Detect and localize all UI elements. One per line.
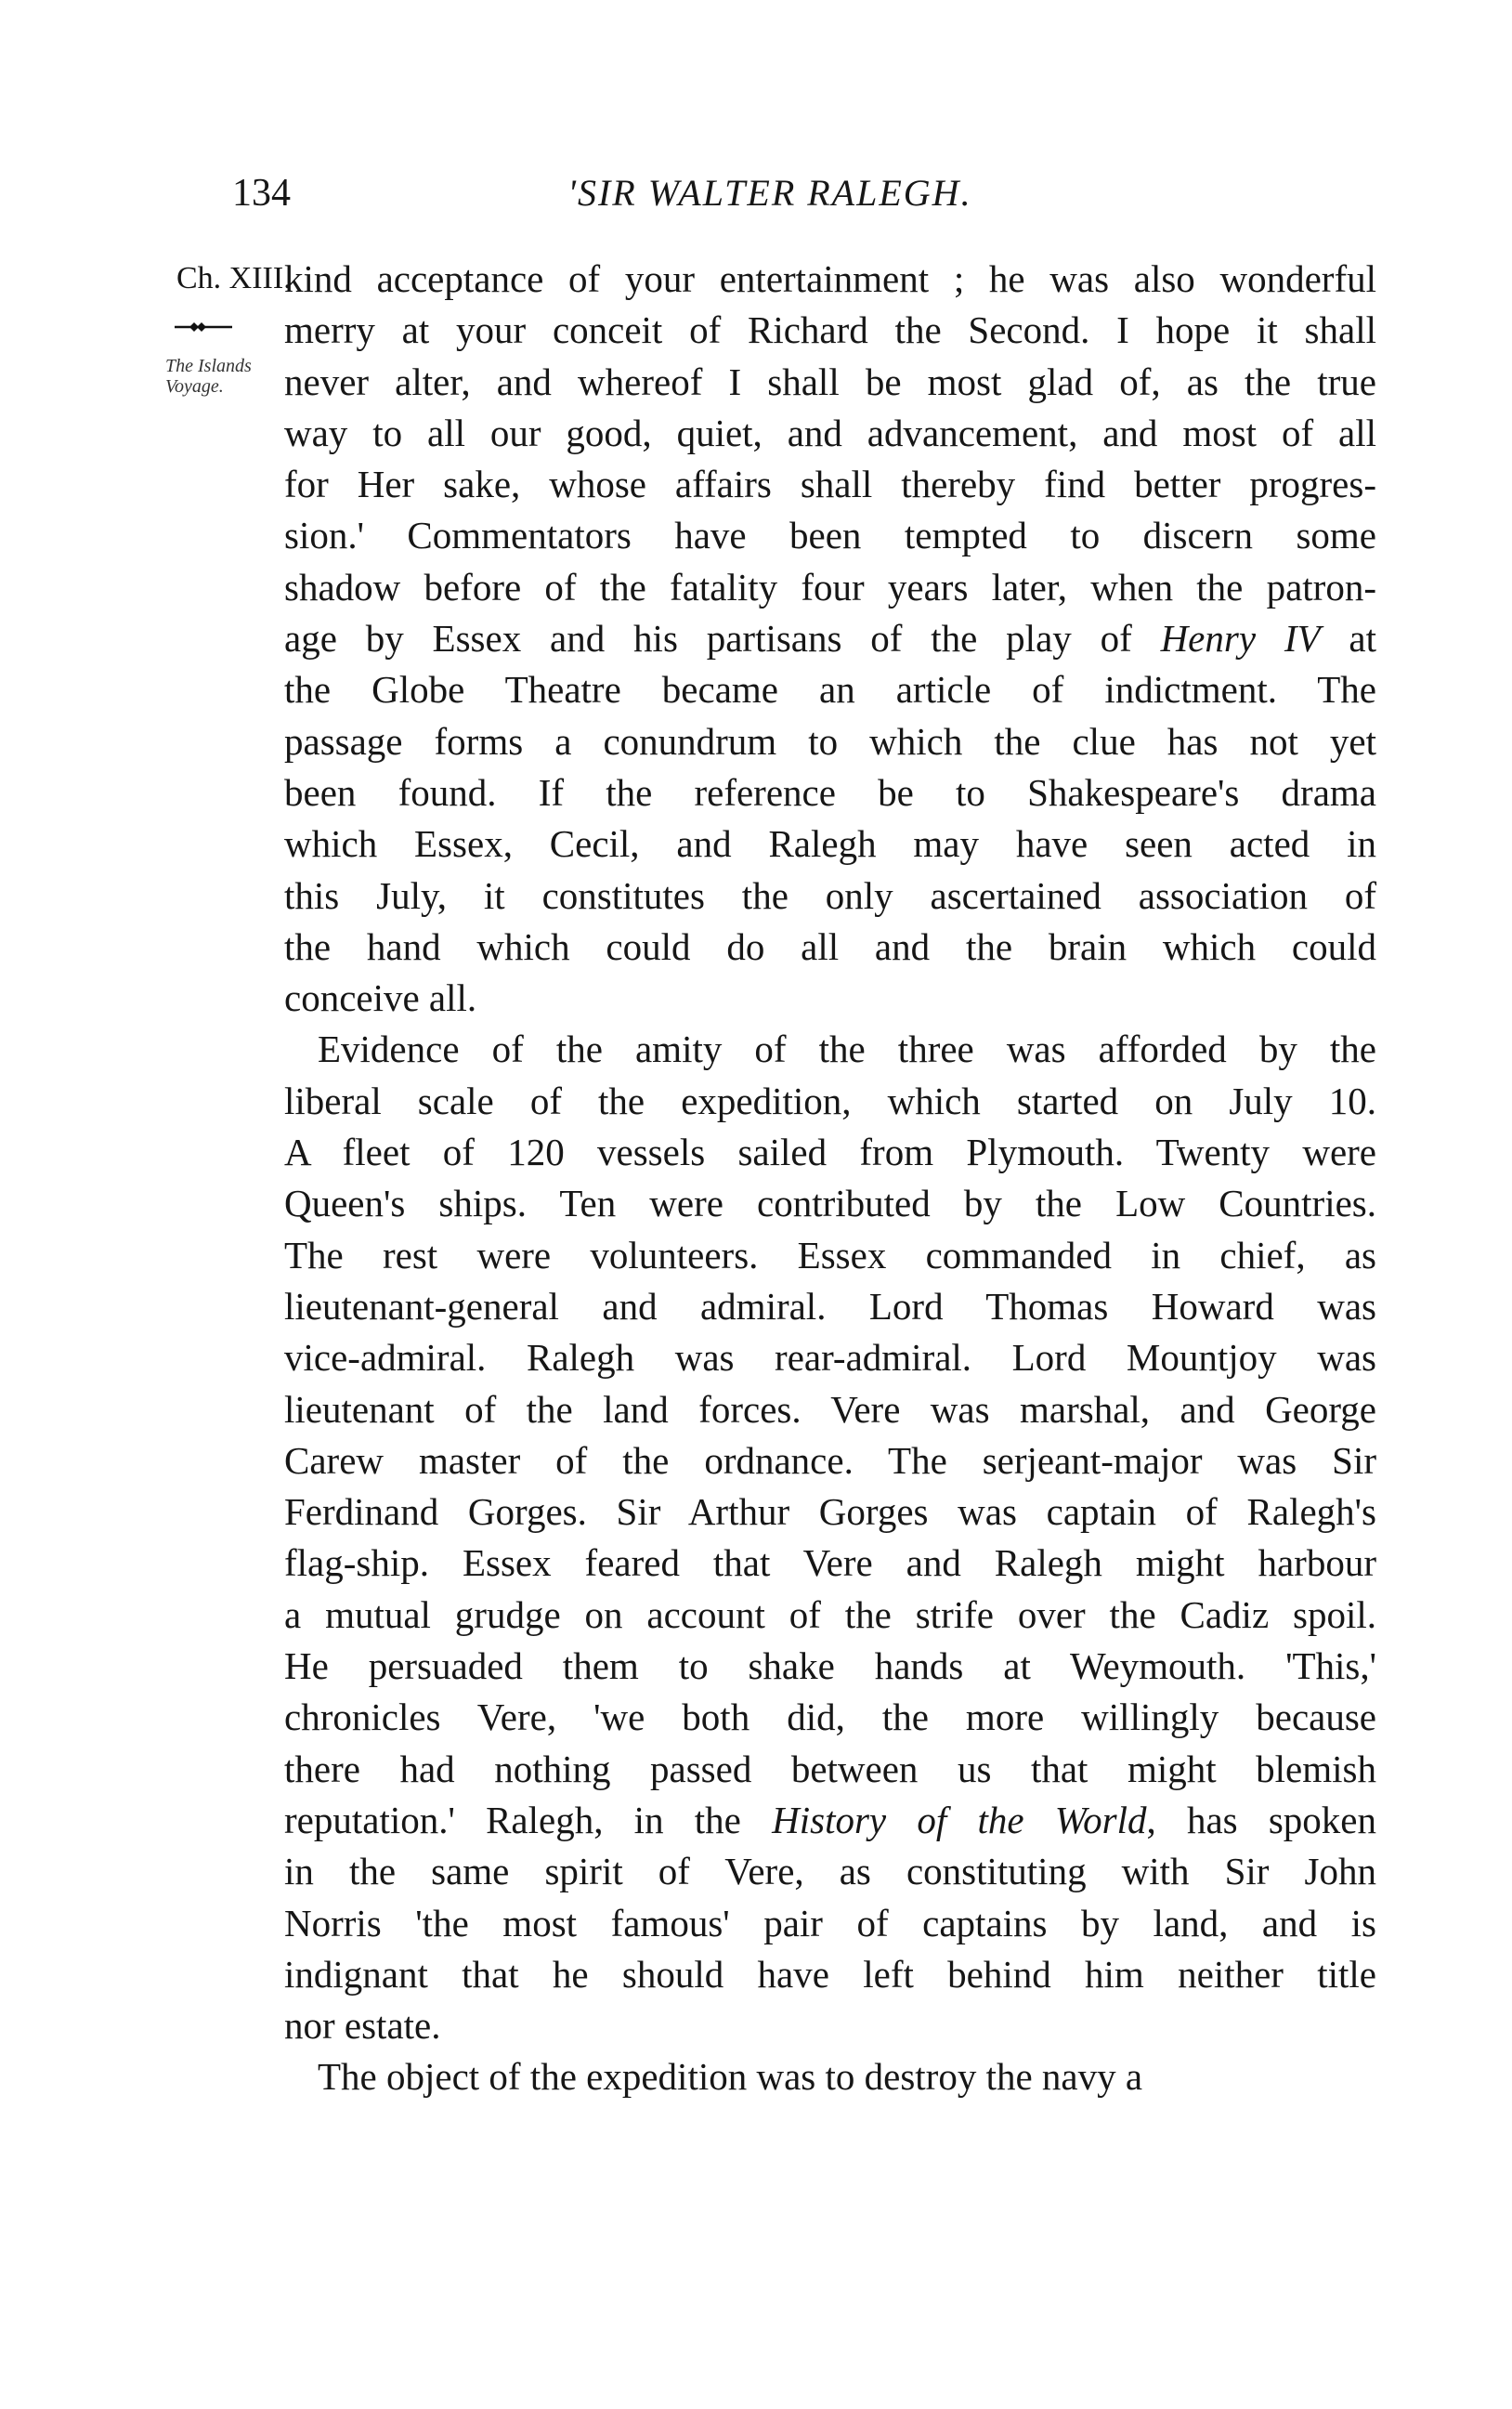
running-head: 134 'SIR WALTER RALEGH. — [0, 165, 1512, 221]
text-line: Ferdinand Gorges. Sir Arthur Gorges was … — [284, 1486, 1376, 1538]
text-line: the Globe Theatre became an article of i… — [284, 664, 1376, 715]
italic-title: Henry IV — [1161, 617, 1321, 660]
chapter-label: Ch. XIII. — [176, 260, 292, 297]
paragraph: The object of the expedition was to dest… — [284, 2051, 1376, 2102]
body-text: kind acceptance of your entertainment ; … — [284, 254, 1376, 2103]
text-line: reputation.' Ralegh, in the History of t… — [284, 1795, 1376, 1846]
text-line: Evidence of the amity of the three was a… — [284, 1024, 1376, 1075]
text-line: age by Essex and his partisans of the pl… — [284, 613, 1376, 664]
text-line: liberal scale of the expedition, which s… — [284, 1076, 1376, 1127]
text-line: lieutenant of the land forces. Vere was … — [284, 1384, 1376, 1435]
italic-title: History of the World — [772, 1799, 1146, 1841]
text-line: flag-ship. Essex feared that Vere and Ra… — [284, 1538, 1376, 1589]
running-title: 'SIR WALTER RALEGH. — [0, 165, 1512, 221]
paragraph: Evidence of the amity of the three was a… — [284, 1024, 1376, 2051]
text-line: a mutual grudge on account of the strife… — [284, 1590, 1376, 1641]
text-line: in the same spirit of Vere, as constitut… — [284, 1846, 1376, 1897]
text-line: Carew master of the ordnance. The serjea… — [284, 1435, 1376, 1486]
text-line: this July, it constitutes the only ascer… — [284, 871, 1376, 922]
text-line: conceive all. — [284, 973, 1376, 1024]
margin-note-line-1: The Islands — [165, 356, 277, 376]
paragraph: kind acceptance of your entertainment ; … — [284, 254, 1376, 1024]
text-line: never alter, and whereof I shall be most… — [284, 357, 1376, 408]
text-line: sion.' Commentators have been tempted to… — [284, 510, 1376, 561]
text-line: The rest were volunteers. Essex commande… — [284, 1230, 1376, 1281]
margin-note: The Islands Voyage. — [165, 356, 277, 397]
text-line: merry at your conceit of Richard the Sec… — [284, 305, 1376, 356]
text-line: nor estate. — [284, 2000, 1376, 2051]
text-line: the hand which could do all and the brai… — [284, 922, 1376, 973]
text-line: chronicles Vere, 'we both did, the more … — [284, 1692, 1376, 1743]
text-line: He persuaded them to shake hands at Weym… — [284, 1641, 1376, 1692]
text-line: lieutenant-general and admiral. Lord Tho… — [284, 1281, 1376, 1332]
text-line: which Essex, Cecil, and Ralegh may have … — [284, 818, 1376, 870]
text-line: been found. If the reference be to Shake… — [284, 767, 1376, 818]
text-line: A fleet of 120 vessels sailed from Plymo… — [284, 1127, 1376, 1178]
text-line: Norris 'the most famous' pair of captain… — [284, 1898, 1376, 1949]
text-line: vice-admiral. Ralegh was rear-admiral. L… — [284, 1332, 1376, 1383]
text-line: shadow before of the fatality four years… — [284, 562, 1376, 613]
text-line: indignant that he should have left behin… — [284, 1949, 1376, 2000]
text-line: kind acceptance of your entertainment ; … — [284, 254, 1376, 305]
text-line: way to all our good, quiet, and advancem… — [284, 408, 1376, 459]
text-line: for Her sake, whose affairs shall thereb… — [284, 459, 1376, 510]
margin-note-line-2: Voyage. — [165, 376, 277, 397]
text-line: there had nothing passed between us that… — [284, 1744, 1376, 1795]
text-line: passage forms a conundrum to which the c… — [284, 716, 1376, 767]
text-line: The object of the expedition was to dest… — [284, 2051, 1376, 2102]
double-diamond-rule-icon — [175, 318, 232, 336]
text-line: Queen's ships. Ten were contributed by t… — [284, 1178, 1376, 1229]
